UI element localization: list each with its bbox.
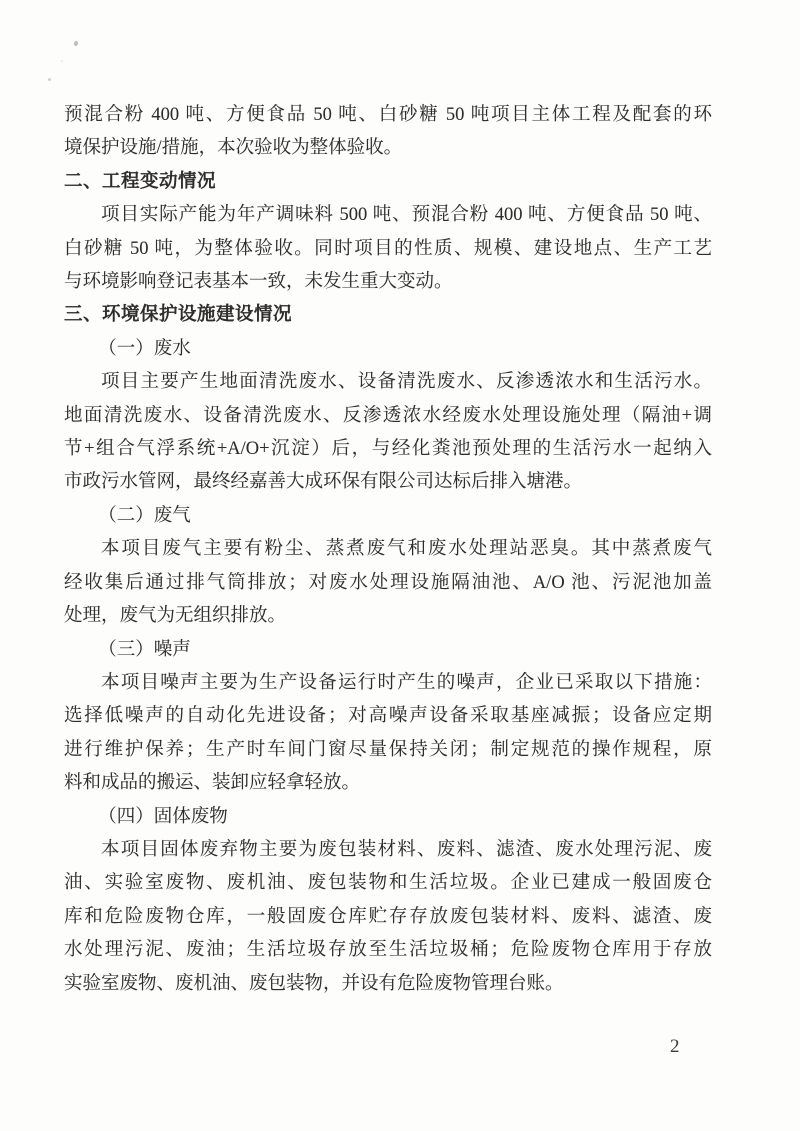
scanned-document-page: 预混合粉 400 吨、方便食品 50 吨、白砂糖 50 吨项目主体工程及配套的环…	[0, 0, 800, 1131]
para-waste-gas: 本项目废气主要有粉尘、蒸煮废气和废水处理站恶臭。其中蒸煮废气经收集后通过排气筒排…	[64, 533, 712, 633]
text-line: 本项目固体废弃物主要为废包装材料、废料、滤渣、废水处理污泥、废	[64, 834, 712, 867]
intro-continuation: 预混合粉 400 吨、方便食品 50 吨、白砂糖 50 吨项目主体工程及配套的环…	[64, 99, 712, 166]
text-line: 三、环境保护设施建设情况	[64, 299, 712, 332]
text-line: 地面清洗废水、设备清洗废水、反渗透浓水经废水处理设施处理（隔油+调	[64, 400, 712, 433]
subheading-solid-waste: （四）固体废物	[64, 801, 712, 834]
text-line: 经收集后通过排气筒排放；对废水处理设施隔油池、A/O 池、污泥池加盖	[64, 567, 712, 600]
scan-speck	[61, 60, 63, 62]
text-line: 项目实际产能为年产调味料 500 吨、预混合粉 400 吨、方便食品 50 吨、	[64, 199, 712, 232]
para-noise: 本项目噪声主要为生产设备运行时产生的噪声，企业已采取以下措施：选择低噪声的自动化…	[64, 667, 712, 801]
text-line: 白砂糖 50 吨，为整体验收。同时项目的性质、规模、建设地点、生产工艺	[64, 233, 712, 266]
text-line: （三）噪声	[64, 634, 712, 667]
subheading-wastewater: （一）废水	[64, 333, 712, 366]
heading-section-2: 二、工程变动情况	[64, 166, 712, 199]
document-body: 预混合粉 400 吨、方便食品 50 吨、白砂糖 50 吨项目主体工程及配套的环…	[64, 99, 712, 1001]
text-line: 进行维护保养；生产时车间门窗尽量保持关闭；制定规范的操作规程，原	[64, 734, 712, 767]
text-line: 水处理污泥、废油；生活垃圾存放至生活垃圾桶；危险废物仓库用于存放	[64, 934, 712, 967]
text-line: 本项目噪声主要为生产设备运行时产生的噪声，企业已采取以下措施：	[64, 667, 712, 700]
text-line: 境保护设施/措施，本次验收为整体验收。	[64, 132, 712, 165]
text-line: 处理，废气为无组织排放。	[64, 600, 712, 633]
page-number: 2	[670, 1036, 700, 1058]
para-solid-waste: 本项目固体废弃物主要为废包装材料、废料、滤渣、废水处理污泥、废油、实验室废物、废…	[64, 834, 712, 1001]
text-line: （四）固体废物	[64, 801, 712, 834]
text-line: 油、实验室废物、废机油、废包装物和生活垃圾。企业已建成一般固废仓	[64, 867, 712, 900]
para-project-changes: 项目实际产能为年产调味料 500 吨、预混合粉 400 吨、方便食品 50 吨、…	[64, 199, 712, 299]
text-line: 市政污水管网，最终经嘉善大成环保有限公司达标后排入塘港。	[64, 466, 712, 499]
subheading-noise: （三）噪声	[64, 634, 712, 667]
heading-section-3: 三、环境保护设施建设情况	[64, 299, 712, 332]
text-line: 选择低噪声的自动化先进设备；对高噪声设备采取基座减振；设备应定期	[64, 700, 712, 733]
text-line: 本项目废气主要有粉尘、蒸煮废气和废水处理站恶臭。其中蒸煮废气	[64, 533, 712, 566]
text-line: 料和成品的搬运、装卸应轻拿轻放。	[64, 767, 712, 800]
scan-speck	[73, 40, 79, 46]
text-line: 预混合粉 400 吨、方便食品 50 吨、白砂糖 50 吨项目主体工程及配套的环	[64, 99, 712, 132]
para-wastewater: 项目主要产生地面清洗废水、设备清洗废水、反渗透浓水和生活污水。地面清洗废水、设备…	[64, 366, 712, 500]
text-line: 实验室废物、废机油、废包装物，并设有危险废物管理台账。	[64, 968, 712, 1001]
text-line: 库和危险废物仓库，一般固废仓库贮存存放废包装材料、废料、滤渣、废	[64, 901, 712, 934]
text-line: 节+组合气浮系统+A/O+沉淀）后，与经化粪池预处理的生活污水一起纳入	[64, 433, 712, 466]
subheading-waste-gas: （二）废气	[64, 500, 712, 533]
text-line: 项目主要产生地面清洗废水、设备清洗废水、反渗透浓水和生活污水。	[64, 366, 712, 399]
text-line: （二）废气	[64, 500, 712, 533]
text-line: 与环境影响登记表基本一致，未发生重大变动。	[64, 266, 712, 299]
text-line: 二、工程变动情况	[64, 166, 712, 199]
text-line: （一）废水	[64, 333, 712, 366]
scan-speck	[48, 78, 51, 81]
